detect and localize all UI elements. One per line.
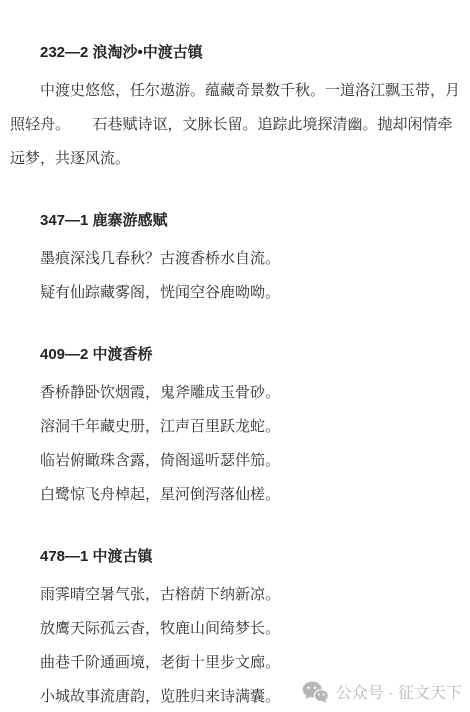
- watermark-label: 公众号 · 征文天下: [336, 680, 462, 703]
- poem-title: 347—1 鹿寨游感赋: [10, 204, 458, 238]
- poem-section: 232—2 浪淘沙•中渡古镇中渡史悠悠，任尔遨游。蕴藏奇景数千秋。一道洛江飘玉带…: [10, 36, 458, 176]
- poem-title: 478—1 中渡古镇: [10, 540, 458, 574]
- poem-line: 疑有仙踪藏雾阁，恍闻空谷鹿呦呦。: [10, 276, 458, 310]
- poem-line: 香桥静卧饮烟霞，鬼斧雕成玉骨砂。: [10, 376, 458, 410]
- poem-title: 232—2 浪淘沙•中渡古镇: [10, 36, 458, 70]
- poem-line: 雨霁晴空暑气张，古榕荫下纳新凉。: [10, 578, 458, 612]
- poem-line: 中渡史悠悠，任尔遨游。蕴藏奇景数千秋。一道洛江飘玉带，月: [10, 74, 458, 108]
- poem-line: 远梦，共逐风流。: [10, 142, 458, 176]
- poem-line: 墨痕深浅几春秋？古渡香桥水自流。: [10, 242, 458, 276]
- poem-line: 临岩俯瞰珠含露，倚阁遥听瑟伴笳。: [10, 444, 458, 478]
- watermark: 公众号 · 征文天下: [302, 680, 462, 703]
- poem-line: 溶洞千年藏史册，江声百里跃龙蛇。: [10, 410, 458, 444]
- poem-title: 409—2 中渡香桥: [10, 338, 458, 372]
- poem-line: 放鹰天际孤云杳，牧鹿山间绮梦长。: [10, 612, 458, 646]
- wechat-logo-icon: [302, 681, 329, 703]
- poem-line: 照轻舟。 石巷赋诗讴，文脉长留。追踪此境探清幽。抛却闲情牵: [10, 108, 458, 142]
- document-body: 232—2 浪淘沙•中渡古镇中渡史悠悠，任尔遨游。蕴藏奇景数千秋。一道洛江飘玉带…: [0, 0, 470, 712]
- poem-line: 白鹭惊飞舟棹起，星河倒泻落仙槎。: [10, 478, 458, 512]
- poem-section: 409—2 中渡香桥香桥静卧饮烟霞，鬼斧雕成玉骨砂。溶洞千年藏史册，江声百里跃龙…: [10, 338, 458, 512]
- poem-section: 347—1 鹿寨游感赋墨痕深浅几春秋？古渡香桥水自流。疑有仙踪藏雾阁，恍闻空谷鹿…: [10, 204, 458, 310]
- poem-line: 曲巷千阶通画境，老街十里步文廊。: [10, 646, 458, 680]
